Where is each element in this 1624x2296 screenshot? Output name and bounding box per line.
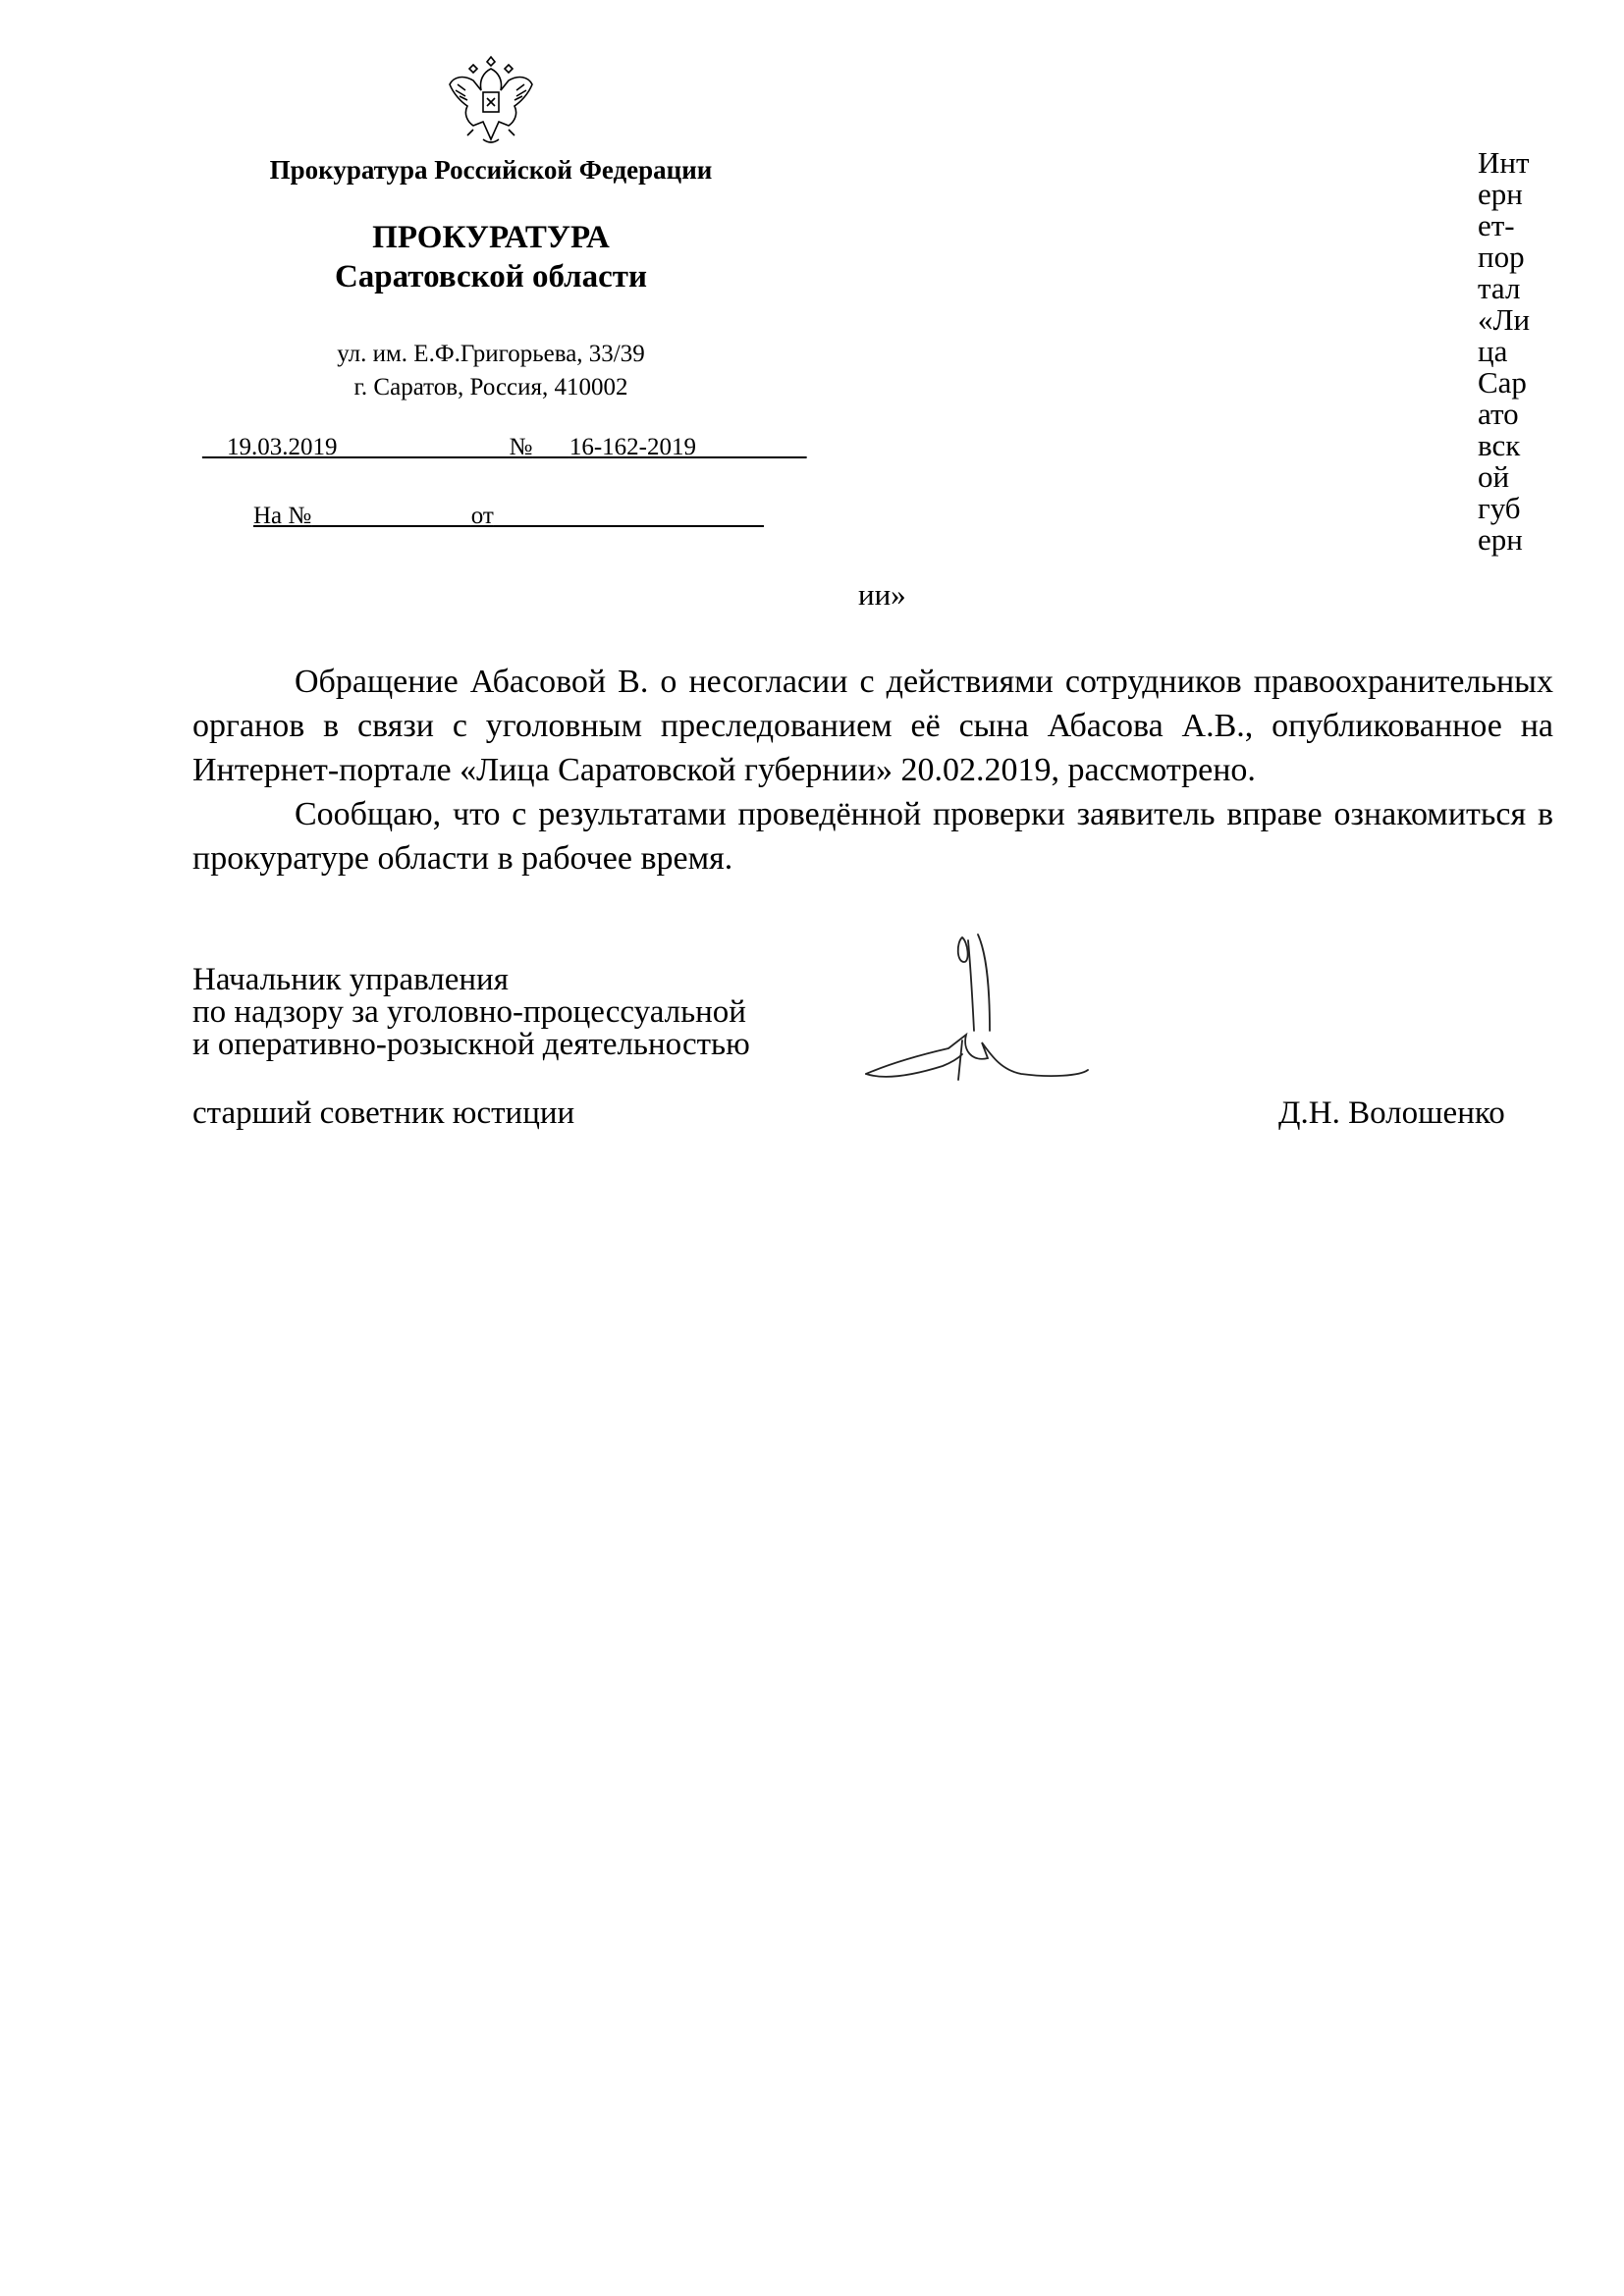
number-label: №	[510, 434, 533, 460]
coat-of-arms-icon	[444, 51, 538, 149]
address-line2: г. Саратов, Россия, 410002	[196, 371, 785, 404]
reference-number-label: На №	[253, 503, 311, 529]
organization-name: Прокуратура Российской Федерации	[196, 155, 785, 186]
office-title-line2: Саратовской области	[196, 257, 785, 296]
registration-number: 16-162-2019	[569, 434, 696, 460]
registration-line: __19.03.2019______________№___16-162-201…	[202, 434, 807, 461]
letter-body: Обращение Абасовой В. о несогласии с дей…	[192, 660, 1553, 881]
reference-from-label: от	[471, 503, 494, 529]
handwritten-signature-icon	[864, 933, 1178, 1095]
addressee-fragment: ато	[1478, 399, 1546, 430]
addressee-column: Инт ерн ет- пор тал «Ли ца Сар ато вск о…	[1478, 147, 1546, 556]
addressee-fragment: ой	[1478, 461, 1546, 493]
registration-date: 19.03.2019	[227, 434, 338, 460]
addressee-fragment: пор	[1478, 241, 1546, 273]
addressee-tail: ии»	[858, 577, 906, 613]
office-title-line1: ПРОКУРАТУРА	[196, 218, 785, 257]
signatory-position: Начальник управления по надзору за уголо…	[192, 964, 750, 1061]
signatory-name: Д.Н. Волошенко	[1278, 1095, 1505, 1132]
position-line1: Начальник управления	[192, 964, 750, 996]
addressee-fragment: ерн	[1478, 179, 1546, 210]
signatory-rank: старший советник юстиции	[192, 1095, 574, 1132]
address-line1: ул. им. Е.Ф.Григорьева, 33/39	[196, 338, 785, 371]
position-line2: по надзору за уголовно-процессуальной	[192, 996, 750, 1029]
addressee-fragment: вск	[1478, 430, 1546, 461]
body-paragraph: Обращение Абасовой В. о несогласии с дей…	[192, 660, 1553, 792]
addressee-fragment: ца	[1478, 336, 1546, 367]
reference-line: На №_____________от_____________________…	[253, 503, 764, 530]
office-title: ПРОКУРАТУРА Саратовской области	[196, 218, 785, 296]
addressee-fragment: губ	[1478, 493, 1546, 524]
body-paragraph: Сообщаю, что с результатами проведённой …	[192, 792, 1553, 881]
addressee-fragment: Инт	[1478, 147, 1546, 179]
position-line3: и оперативно-розыскной деятельностью	[192, 1029, 750, 1061]
addressee-fragment: Сар	[1478, 367, 1546, 399]
addressee-fragment: тал	[1478, 273, 1546, 304]
office-address: ул. им. Е.Ф.Григорьева, 33/39 г. Саратов…	[196, 338, 785, 404]
addressee-fragment: ерн	[1478, 524, 1546, 556]
addressee-fragment: ет-	[1478, 210, 1546, 241]
addressee-fragment: «Ли	[1478, 304, 1546, 336]
